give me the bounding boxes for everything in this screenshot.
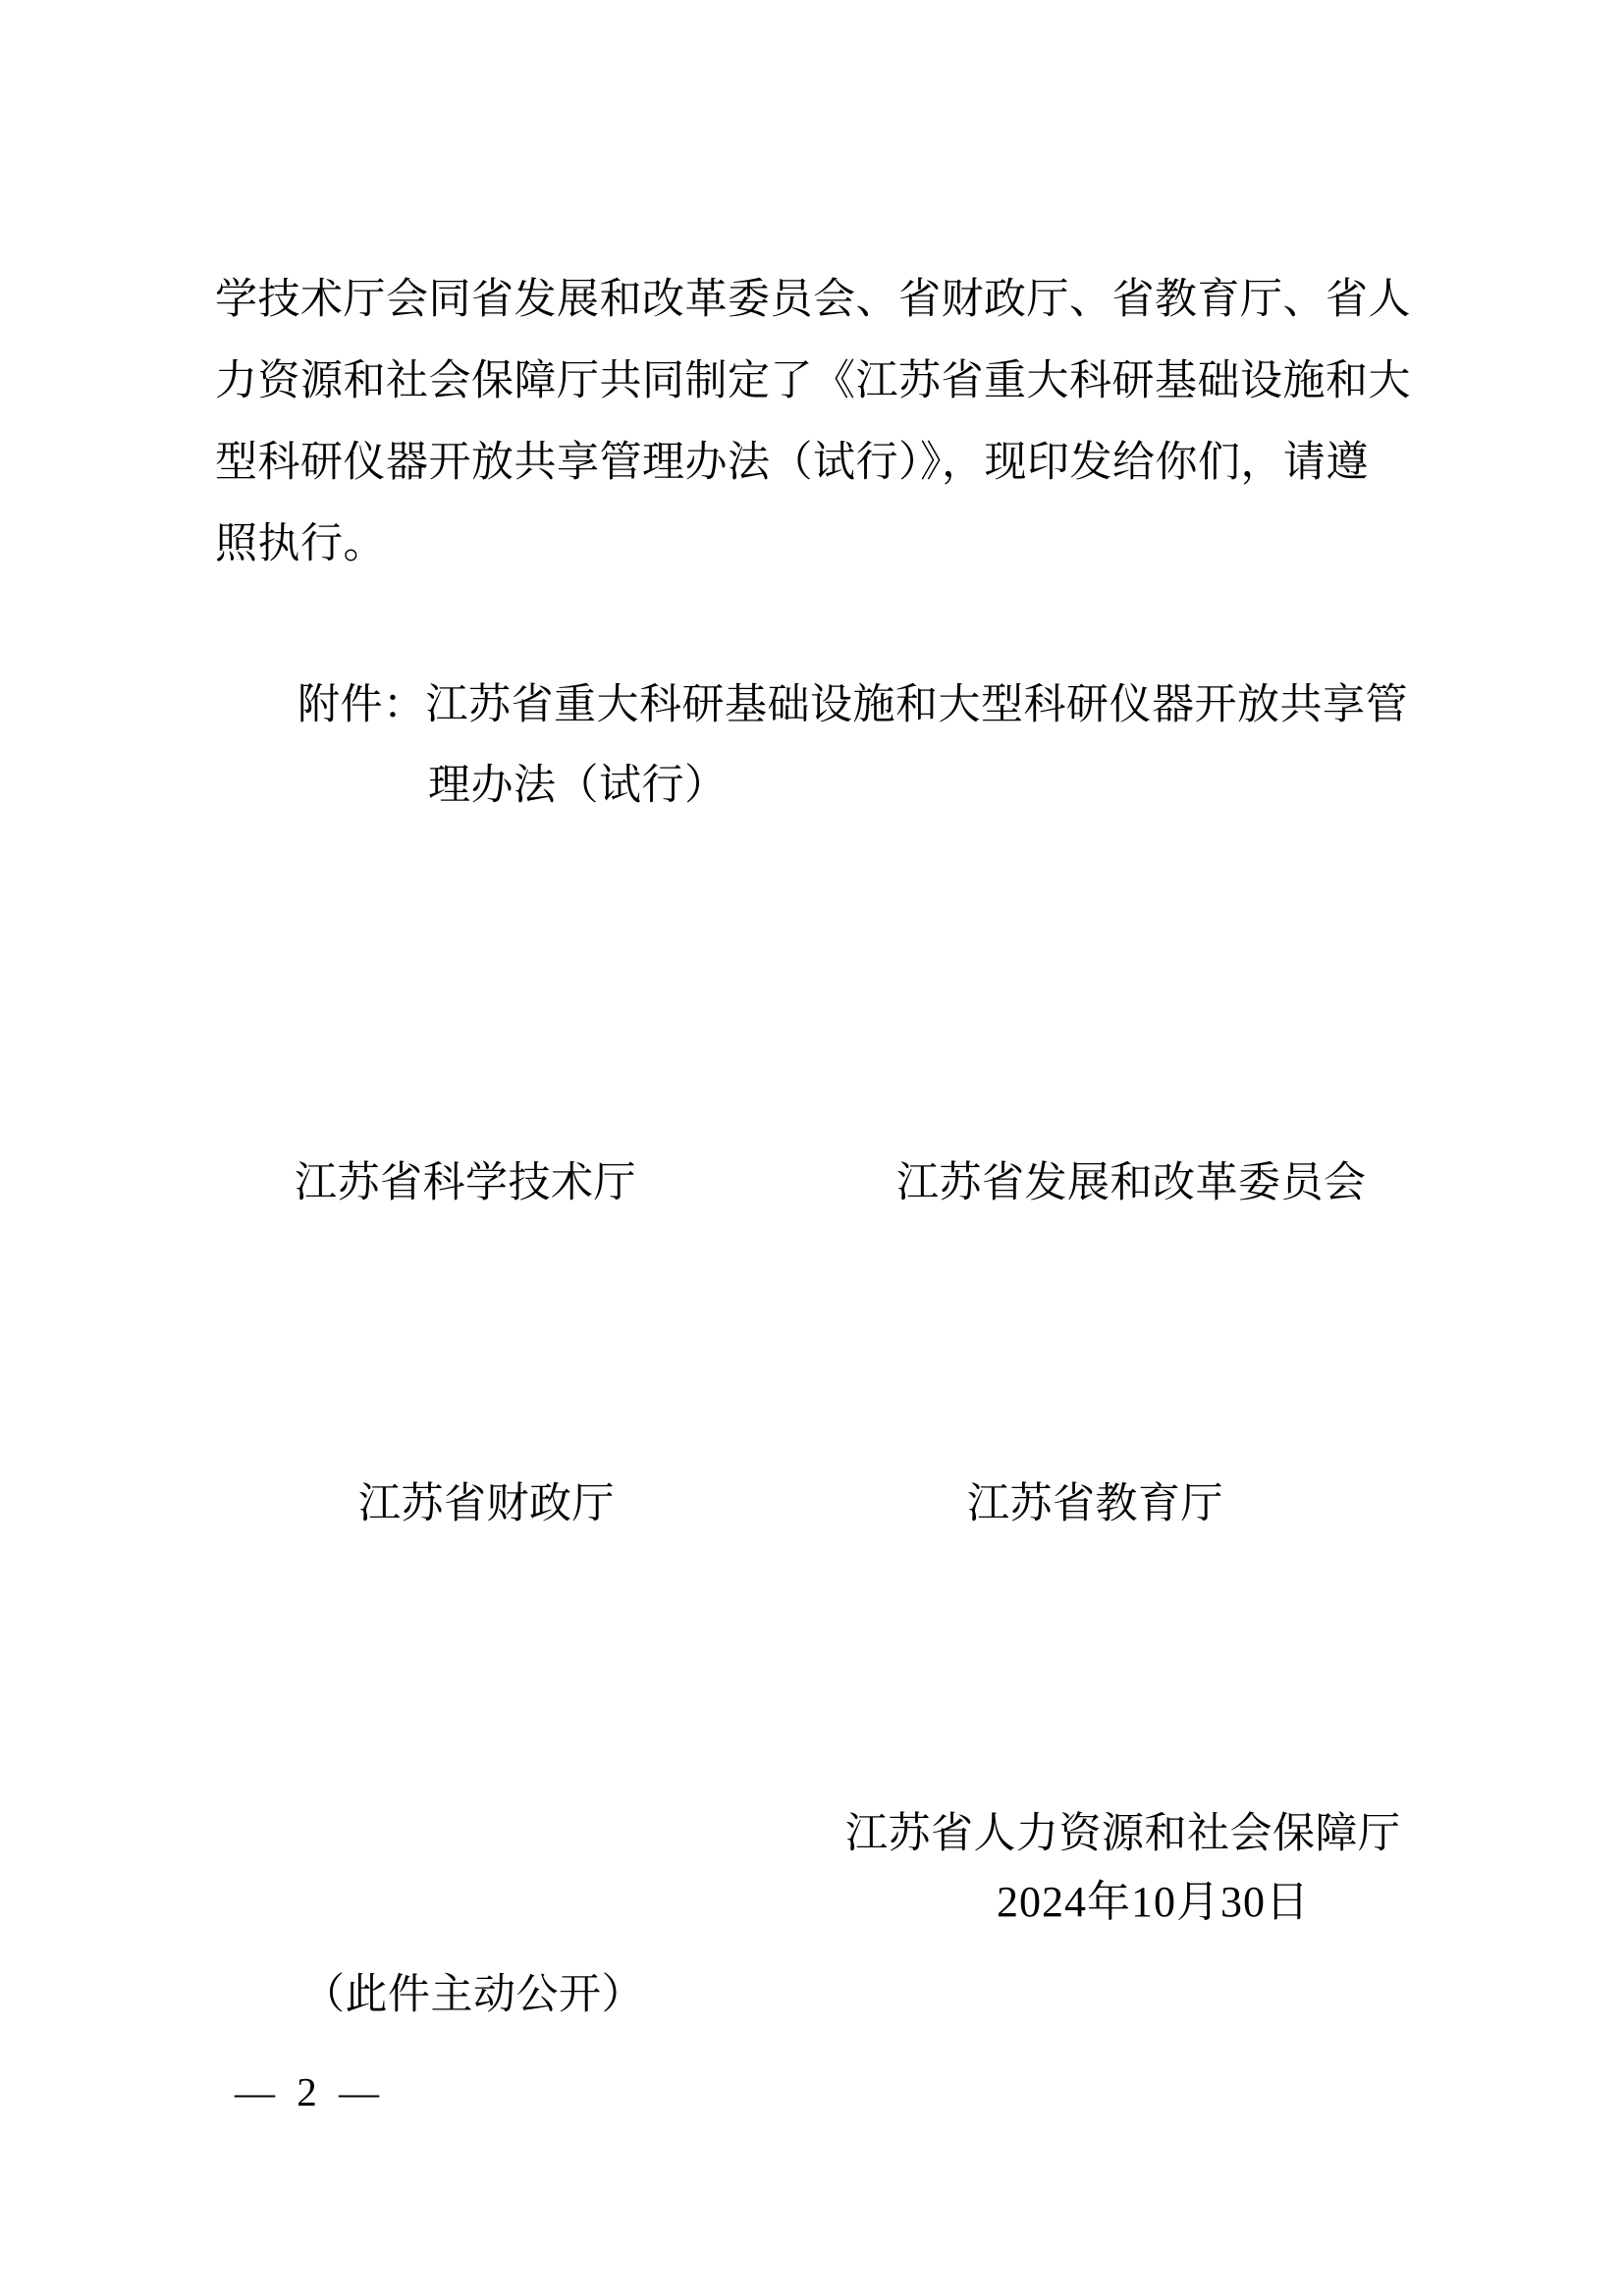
signature-development-reform-commission: 江苏省发展和改革委员会 xyxy=(896,1162,1367,1205)
document-page: 学技术厅会同省发展和改革委员会、省财政厅、省教育厅、省人 力资源和社会保障厅共同… xyxy=(0,0,1624,2296)
document-date: 2024年10月30日 xyxy=(997,1880,1310,1925)
signature-finance-dept: 江苏省财政厅 xyxy=(358,1483,615,1526)
page-number: — 2 — xyxy=(235,2069,385,2114)
body-paragraph-line: 学技术厅会同省发展和改革委员会、省财政厅、省教育厅、省人 xyxy=(215,259,1415,341)
body-paragraph-line: 型科研仪器开放共享管理办法（试行）》，现印发给你们，请遵 xyxy=(215,422,1415,504)
body-paragraph-line: 力资源和社会保障厅共同制定了《江苏省重大科研基础设施和大 xyxy=(215,341,1415,422)
signature-science-technology-dept: 江苏省科学技术厅 xyxy=(295,1162,636,1205)
attachment-reference-line2: 理办法（试行） xyxy=(428,765,728,808)
body-paragraph-line: 照执行。 xyxy=(215,504,1415,585)
disclosure-note: （此件主动公开） xyxy=(302,1973,644,2018)
body-paragraph: 学技术厅会同省发展和改革委员会、省财政厅、省教育厅、省人 力资源和社会保障厅共同… xyxy=(215,259,1415,585)
signature-education-dept: 江苏省教育厅 xyxy=(967,1483,1223,1526)
signature-human-resources-social-security-dept: 江苏省人力资源和社会保障厅 xyxy=(845,1813,1401,1856)
attachment-reference-line1: 附件：江苏省重大科研基础设施和大型科研仪器开放共享管 xyxy=(298,684,1408,727)
